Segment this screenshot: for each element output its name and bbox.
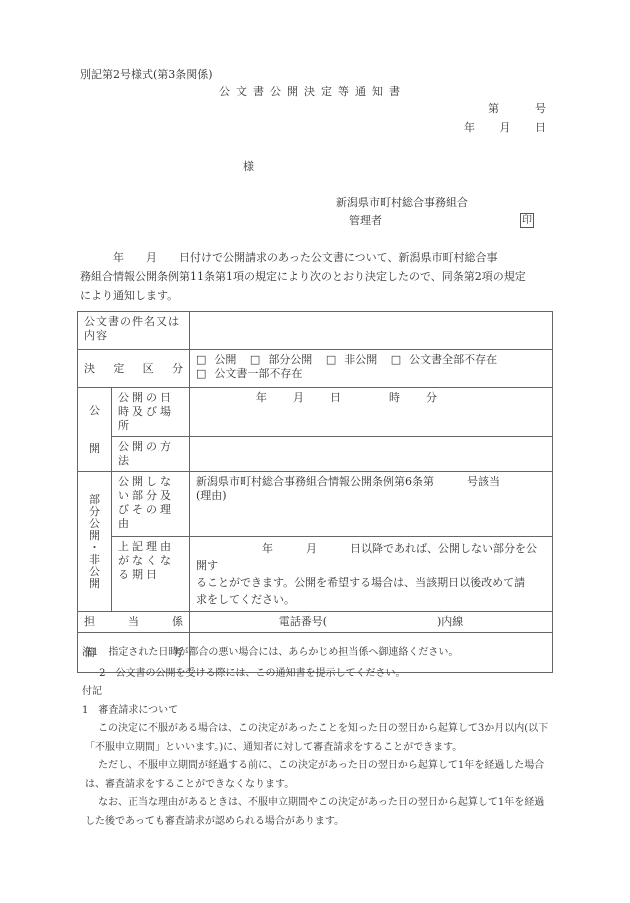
contact-phone-value[interactable]: 電話番号( )内線 <box>190 612 553 633</box>
label-char: 公 <box>89 404 100 418</box>
withheld-line: 新潟県市町村総合事務組合情報公開条例第6条第 号該当 <box>196 475 546 489</box>
year-label: 年 <box>464 122 475 133</box>
appendix-paragraph-line: この決定に不服がある場合は、この決定があったことを知った日の翌日から起算して3か… <box>82 720 552 739</box>
label-char: 開 <box>89 530 100 542</box>
reason-label: (理由) <box>196 489 546 503</box>
document-title: 公文書公開決定等通知書 <box>219 86 406 97</box>
label-char: 担 <box>84 615 95 629</box>
subject-label: 公文書の件名又は内容 <box>78 312 190 350</box>
number-prefix: 第 <box>488 103 499 114</box>
label-char: 部 <box>89 494 100 506</box>
option-label: 公文書一部不存在 <box>214 367 302 380</box>
contact-label: 担 当 係 <box>78 612 190 633</box>
label-char: 決 <box>84 362 95 376</box>
note-item: 2 公文書の公開を受ける際には、この通知書を提示してください。 <box>82 663 552 684</box>
appendix-paragraph-line: は、審査請求をすることができなくなります。 <box>82 776 552 795</box>
month-label: 月 <box>293 391 304 404</box>
seal-icon: 印 <box>520 213 534 228</box>
appendix-paragraph-line: なお、正当な理由があるときは、不服申立期間やこの決定があった日の翌日から起算して… <box>82 794 552 813</box>
disclosure-datetime-value[interactable]: 年月日時分 <box>190 388 553 437</box>
checkbox-non-public[interactable]: □ <box>326 353 336 367</box>
label-char: 分 <box>172 362 183 376</box>
expiry-line: 求をしてください。 <box>196 591 546 608</box>
day-label: 日 <box>330 391 341 404</box>
appendix-paragraph-line: ただし、不服申立期間が経過する前に、この決定があった日の翌日から起算して1年を経… <box>82 757 552 776</box>
label-char: 非 <box>89 554 100 566</box>
expiry-date-label: 上記理由がなくなる期日 <box>112 537 190 612</box>
form-identifier: 別記第2号様式(第3条関係) <box>80 69 213 80</box>
label-char: 開 <box>89 442 100 456</box>
appendix-paragraph-line: 「不服申立期間」といいます。)に、通知者に対して審査請求をすることができます。 <box>82 739 552 758</box>
label-char: ・ <box>89 542 100 554</box>
notes-section: 注1 指定された日時が都合の悪い場合には、あらかじめ担当係へ御連絡ください。 2… <box>82 642 552 684</box>
label-char: 開 <box>89 578 100 590</box>
appendix-section: 付記 1 審査請求について この決定に不服がある場合は、この決定があったことを知… <box>82 683 552 831</box>
disclosure-group-label: 公 開 <box>78 388 112 472</box>
withheld-parts-label: 公開しない部分及びその理由 <box>112 472 190 537</box>
intro-line: により通知します。 <box>80 286 550 305</box>
day-label: 日 <box>535 122 546 133</box>
table-row: 公 開 公開の日時及び場所 年月日時分 <box>78 388 553 437</box>
option-label: 非公開 <box>344 353 377 366</box>
label-char: 公 <box>89 518 100 530</box>
withheld-parts-value[interactable]: 新潟県市町村総合事務組合情報公開条例第6条第 号該当 (理由) <box>190 472 553 537</box>
label-char: 定 <box>113 362 124 376</box>
minute-label: 分 <box>426 391 437 404</box>
label-char: 区 <box>143 362 154 376</box>
expiry-line: 年 月 日以降であれば、公開しない部分を公開す <box>196 540 546 574</box>
issue-date: 年 月 日 <box>464 122 546 133</box>
hour-label: 時 <box>389 391 400 404</box>
checkbox-public[interactable]: □ <box>196 353 206 367</box>
intro-line: 年 月 日付けで公開請求のあった公文書について、新潟県市町村総合事 <box>80 248 550 267</box>
option-label: 部分公開 <box>268 353 312 366</box>
checkbox-partial[interactable]: □ <box>250 353 260 367</box>
month-label: 月 <box>500 122 511 133</box>
issuer-organization: 新潟県市町村総合事務組合 <box>336 197 468 208</box>
subject-value[interactable] <box>190 312 553 350</box>
disclosure-datetime-label: 公開の日時及び場所 <box>112 388 190 437</box>
number-suffix: 号 <box>535 103 546 114</box>
appendix-heading: 付記 <box>82 683 552 702</box>
decision-form-table: 公文書の件名又は内容 決 定 区 分 □公開 □部分公開 □非公開 □公文書全部… <box>77 311 553 673</box>
label-char: 公 <box>89 566 100 578</box>
table-row: 部 分 公 開 ・ 非 公 開 公開しない部分及びその理由 新潟県市町村総合事務… <box>78 472 553 537</box>
table-row: 上記理由がなくなる期日 年 月 日以降であれば、公開しない部分を公開す ることが… <box>78 537 553 612</box>
document-number: 第 号 <box>488 103 546 114</box>
decision-options: □公開 □部分公開 □非公開 □公文書全部不存在 □公文書一部不存在 <box>190 350 553 388</box>
note-item: 注1 指定された日時が都合の悪い場合には、あらかじめ担当係へ御連絡ください。 <box>82 642 552 663</box>
option-label: 公開 <box>214 353 236 366</box>
expiry-date-value[interactable]: 年 月 日以降であれば、公開しない部分を公開す ることができます。公開を希望する… <box>190 537 553 612</box>
disclosure-method-label: 公開の方法 <box>112 437 190 472</box>
year-label: 年 <box>256 391 267 404</box>
table-row: 決 定 区 分 □公開 □部分公開 □非公開 □公文書全部不存在 □公文書一部不… <box>78 350 553 388</box>
option-label: 公文書全部不存在 <box>409 353 497 366</box>
table-row: 公開の方法 <box>78 437 553 472</box>
appendix-paragraph-line: した後であっても審査請求が認められる場合があります。 <box>82 813 552 832</box>
partial-disclosure-group-label: 部 分 公 開 ・ 非 公 開 <box>78 472 112 612</box>
table-row: 担 当 係 電話番号( )内線 <box>78 612 553 633</box>
label-char: 当 <box>128 615 139 629</box>
disclosure-method-value[interactable] <box>190 437 553 472</box>
appendix-item-title: 1 審査請求について <box>82 702 552 721</box>
checkbox-all-nonexistent[interactable]: □ <box>391 353 401 367</box>
intro-line: 務組合情報公開条例第11条第1項の規定により次のとおり決定したので、同条第2項の… <box>80 267 550 286</box>
table-row: 公文書の件名又は内容 <box>78 312 553 350</box>
label-char: 係 <box>172 615 183 629</box>
expiry-line: ることができます。公開を希望する場合は、当該期日以後改めて請 <box>196 574 546 591</box>
intro-paragraph: 年 月 日付けで公開請求のあった公文書について、新潟県市町村総合事 務組合情報公… <box>80 248 550 305</box>
label-char: 分 <box>89 506 100 518</box>
checkbox-partly-nonexistent[interactable]: □ <box>196 367 206 381</box>
addressee-suffix: 様 <box>243 161 254 172</box>
decision-label: 決 定 区 分 <box>78 350 190 388</box>
issuer-title: 管理者 <box>349 215 382 226</box>
